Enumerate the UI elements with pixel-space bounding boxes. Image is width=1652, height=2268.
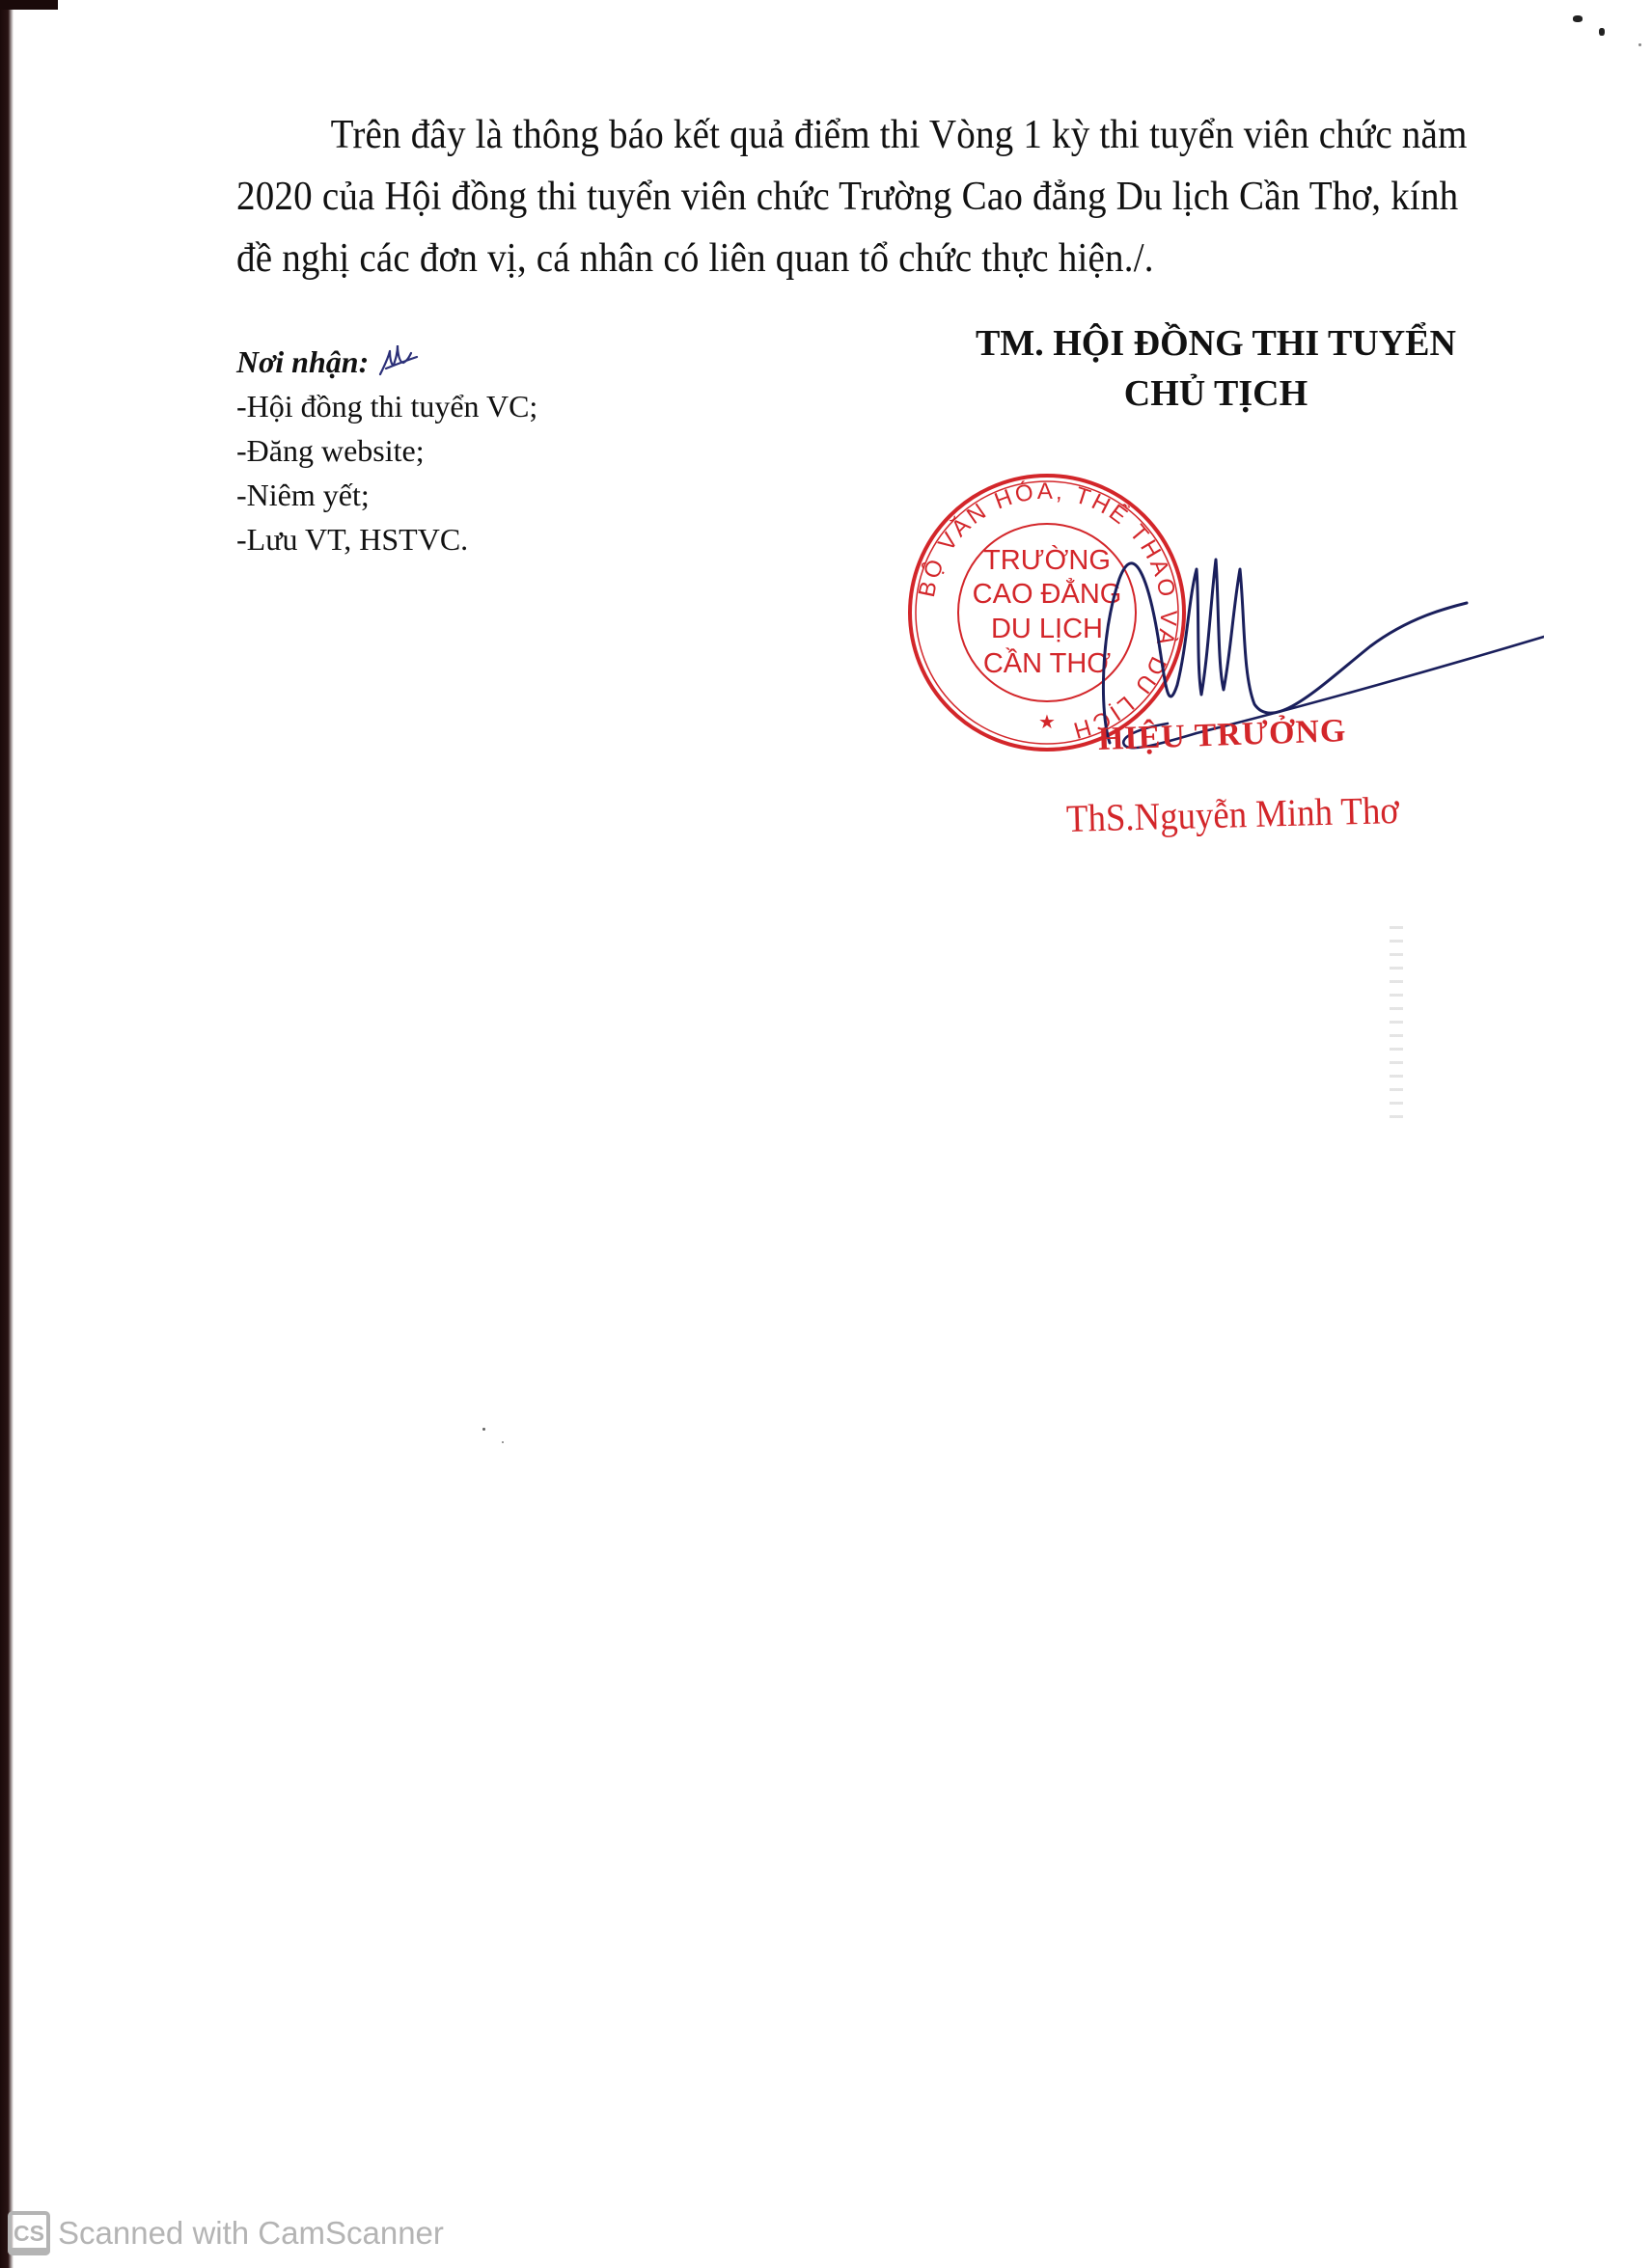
scan-page-corner-shadow — [0, 0, 58, 10]
council-title: TM. HỘI ĐỒNG THI TUYỂN — [926, 318, 1505, 369]
recipients-label: Nơi nhận: — [236, 344, 369, 379]
signature-heading: TM. HỘI ĐỒNG THI TUYỂN CHỦ TỊCH — [926, 318, 1505, 419]
chairman-title: CHỦ TỊCH — [926, 369, 1505, 419]
initial-signature-icon — [376, 340, 419, 378]
camscanner-logo-icon: CS — [8, 2211, 50, 2255]
recipient-item: -Lưu VT, HSTVC. — [236, 517, 537, 561]
paragraph-line: Trên đây là thông báo kết quả điểm thi V… — [236, 104, 1430, 166]
recipients-block: Nơi nhận: -Hội đồng thi tuyển VC; -Đăng … — [236, 340, 537, 561]
camscanner-watermark: CS Scanned with CamScanner — [8, 2211, 444, 2255]
watermark-text: Scanned with CamScanner — [58, 2215, 444, 2252]
recipient-item: -Hội đồng thi tuyển VC; — [236, 384, 537, 428]
scan-page-edge-shadow — [0, 0, 14, 2268]
paragraph-line: 2020 của Hội đồng thi tuyển viên chức Tr… — [236, 166, 1430, 228]
closing-paragraph: Trên đây là thông báo kết quả điểm thi V… — [236, 104, 1430, 289]
scan-margin-noise — [1390, 926, 1403, 1129]
recipient-item: -Niêm yết; — [236, 473, 537, 517]
paragraph-line: đề nghị các đơn vị, cá nhân có liên quan… — [236, 228, 1430, 289]
recipient-item: -Đăng website; — [236, 428, 537, 473]
signer-name: ThS.Nguyễn Minh Thơ — [1065, 787, 1399, 841]
